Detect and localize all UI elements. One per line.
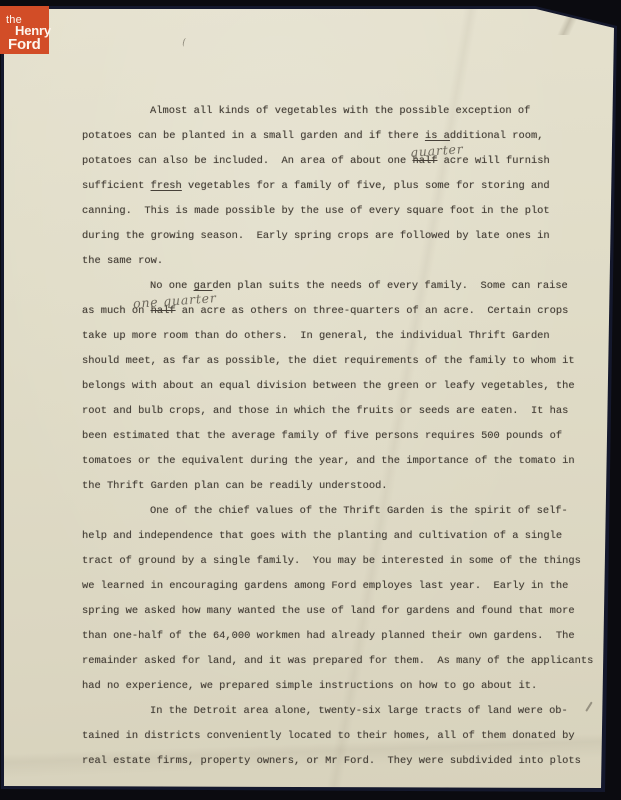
underlined-text: fresh (151, 180, 182, 192)
logo-word-ford: Ford (8, 36, 41, 53)
text-line: tract of ground by a single family. You … (82, 549, 582, 574)
text-line: canning. This is made possible by the us… (82, 199, 582, 224)
paragraph: No one garden plan suits the needs of ev… (82, 274, 582, 499)
text-line: remainder asked for land, and it was pre… (82, 649, 582, 674)
corrected-word: one quarterhalf (151, 299, 176, 324)
text-line: during the growing season. Early spring … (82, 224, 582, 249)
text-line: spring we asked how many wanted the use … (82, 599, 582, 624)
paragraph: Almost all kinds of vegetables with the … (82, 99, 582, 274)
text-line: In the Detroit area alone, twenty-six la… (82, 699, 582, 724)
text-line: potatoes can be planted in a small garde… (82, 124, 582, 149)
text-line: take up more room than do others. In gen… (82, 324, 582, 349)
text-line: the same row. (82, 249, 582, 274)
text-line: sufficient fresh vegetables for a family… (82, 174, 582, 199)
text-line: tomatoes or the equivalent during the ye… (82, 449, 582, 474)
text-line: we learned in encouraging gardens among … (82, 574, 582, 599)
text-line: root and bulb crops, and those in which … (82, 399, 582, 424)
text-line: One of the chief values of the Thrift Ga… (82, 499, 582, 524)
text-line: should meet, as far as possible, the die… (82, 349, 582, 374)
text-line: as much on one quarterhalf an acre as ot… (82, 299, 582, 324)
paragraph: One of the chief values of the Thrift Ga… (82, 499, 582, 699)
typewritten-text: Almost all kinds of vegetables with the … (82, 99, 582, 774)
text-line: Almost all kinds of vegetables with the … (82, 99, 582, 124)
paragraph: In the Detroit area alone, twenty-six la… (82, 699, 582, 774)
text-line: potatoes can also be included. An area o… (82, 149, 582, 174)
text-line: tained in districts conveniently located… (82, 724, 582, 749)
text-line: had no experience, we prepared simple in… (82, 674, 582, 699)
handwritten-annotation: one quarter (132, 285, 217, 316)
corrected-word: quarterhalf (412, 149, 437, 174)
text-line: than one-half of the 64,000 workmen had … (82, 624, 582, 649)
scanned-document-view: the Henry Ford Almost all kinds of veget… (0, 0, 621, 800)
text-line: real estate firms, property owners, or M… (82, 749, 582, 774)
henry-ford-logo: the Henry Ford (0, 6, 49, 54)
text-line: been estimated that the average family o… (82, 424, 582, 449)
handwritten-annotation: quarter (410, 136, 465, 165)
text-line: the Thrift Garden plan can be readily un… (82, 474, 582, 499)
text-line: help and independence that goes with the… (82, 524, 582, 549)
text-line: belongs with about an equal division bet… (82, 374, 582, 399)
